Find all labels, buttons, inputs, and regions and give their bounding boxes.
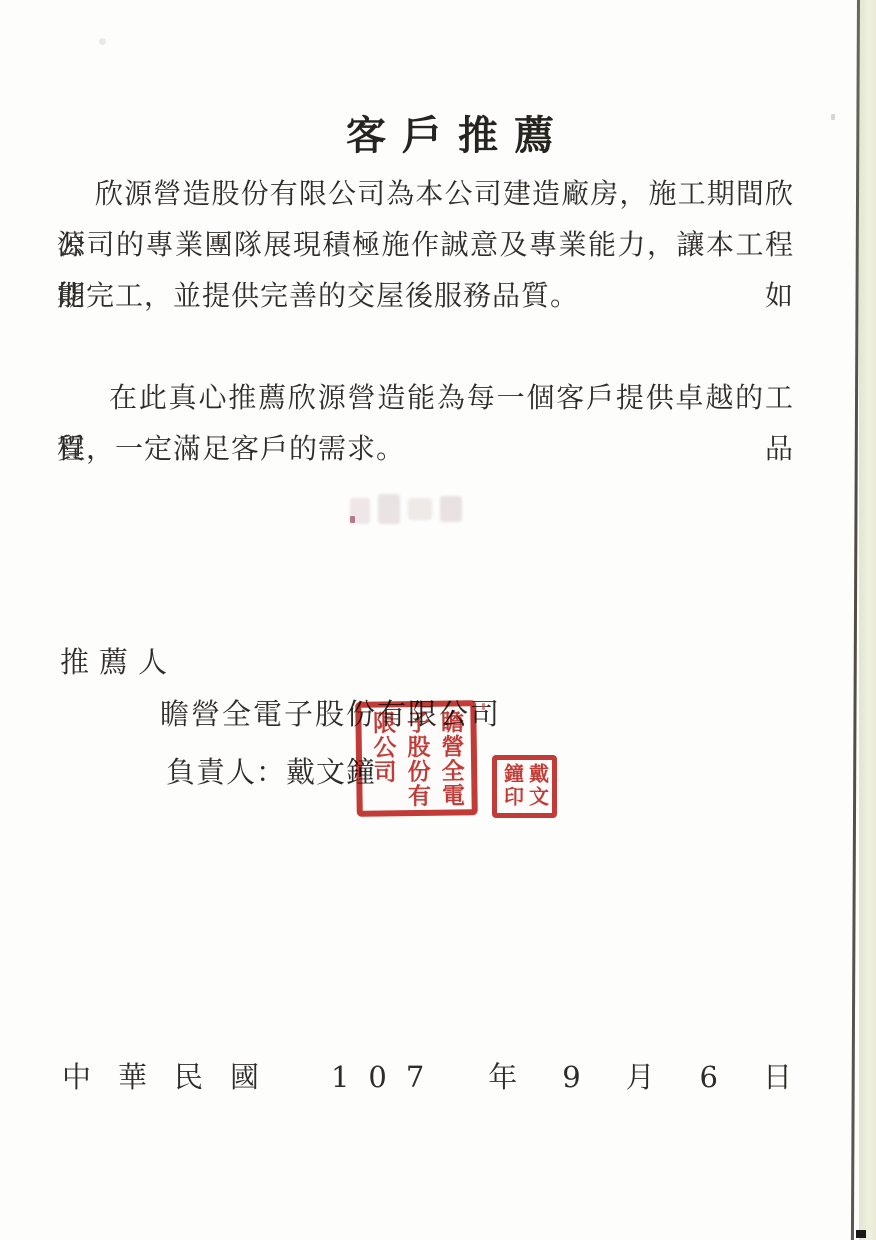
scan-speck [99,38,106,45]
personal-seal-text: 戴文鐘印 [500,763,550,811]
company-seal-stamp: 瞻營全電子股份有限公司 [355,700,478,817]
scanned-document-page: 客戶推薦 欣源營造股份有限公司為本公司建造廠房，施工期間欣源 公司的專業團隊展現… [0,0,876,1240]
responsible-person-line: 負責人：戴文鐘 [166,750,376,791]
paragraph-1-line-1: 欣源營造股份有限公司為本公司建造廠房，施工期間欣源 [57,168,794,219]
date-line: 中華民國 107 年 9 月 6 日 [62,1055,792,1096]
date-day-value: 6 [700,1060,718,1094]
ink-transfer-ghost [344,492,466,534]
scan-speck [831,114,835,120]
recommender-label: 推薦人 [60,640,177,681]
personal-seal-stamp: 戴文鐘印 [492,755,557,818]
page-title: 客戶推薦 [0,104,876,161]
date-day-unit: 日 [763,1055,792,1096]
scan-corner-mark [856,1230,866,1238]
date-year-value: 107 [331,1060,443,1094]
paragraph-1-line-2: 公司的專業團隊展現積極施作誠意及專業能力，讓本工程能如 [57,219,794,270]
seal-ink-speck [482,703,485,710]
date-month-unit: 月 [626,1055,655,1096]
date-month-value: 9 [562,1060,580,1094]
paragraph-1: 欣源營造股份有限公司為本公司建造廠房，施工期間欣源 公司的專業團隊展現積極施作誠… [57,168,794,321]
scan-paper-edge-strip [859,0,876,1240]
company-seal-text: 瞻營全電子股份有限公司 [365,709,468,808]
ink-transfer-dot [350,516,355,523]
paragraph-2-line-1: 在此真心推薦欣源營造能為每一個客戶提供卓越的工程品 [57,372,794,423]
paragraph-2: 在此真心推薦欣源營造能為每一個客戶提供卓越的工程品 質，一定滿足客戶的需求。 [57,372,794,474]
date-era-label: 中華民國 [62,1055,286,1096]
date-year-unit: 年 [488,1055,517,1096]
